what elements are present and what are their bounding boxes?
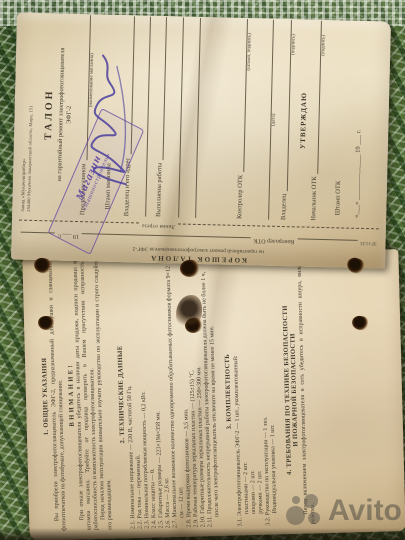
avito-watermark: Avito [284, 492, 404, 534]
talon-page: Завод «Мукачевприбор» 294400 Мукачево За… [17, 14, 380, 223]
completeness-list: 3.1. Электрофотоглянцеватель ЭФГ-2 — 1 ш… [230, 255, 279, 526]
talon-title: ТАЛОН [41, 14, 57, 214]
stub-year-label: 19 ___ г. [58, 233, 79, 240]
tech-data-list: 2.1. Номинальное напряжение — 220 В, час… [123, 257, 221, 529]
approve-label: УТВЕРЖДАЮ [297, 20, 310, 220]
cut-line-label: Линия отреза [142, 223, 175, 230]
blank-line [297, 238, 357, 246]
blank-line [172, 17, 184, 217]
cut-line-dashes [178, 223, 379, 233]
avito-dots-logo [286, 506, 305, 525]
handwritten-signature [80, 49, 141, 192]
manual-page: 1. ОБЩИЕ УКАЗАНИЯ Вы приобрели электрофо… [29, 253, 380, 532]
stub-controller-label: Контролер ОТК [254, 237, 295, 244]
stub-section: КОРЕШОК ТАЛОНА на гарантийный ремонт эле… [14, 204, 383, 267]
stub-form-code: ЗГт133 [360, 240, 376, 245]
blank-line [157, 17, 167, 160]
photo-of-warranty-document: Завод «Мукачевприбор» 294400 Мукачево За… [0, 0, 405, 540]
blank-line [139, 17, 151, 217]
paper-sheet-talon: Завод «Мукачевприбор» 294400 Мукачево За… [11, 12, 391, 268]
avito-dots-logo [304, 494, 318, 508]
blank-line [82, 233, 251, 244]
date-blank-line: «___» ______________ 19 ___ г. [353, 22, 365, 218]
watermark-text: Avito [328, 494, 402, 528]
blank-line [189, 18, 201, 218]
blank-line [21, 232, 55, 240]
avito-dots-logo [292, 496, 300, 504]
cut-line-dashes [19, 220, 139, 228]
avito-dots-logo [308, 512, 320, 524]
otk-stamp-label: Штамп ОТК [334, 21, 346, 215]
